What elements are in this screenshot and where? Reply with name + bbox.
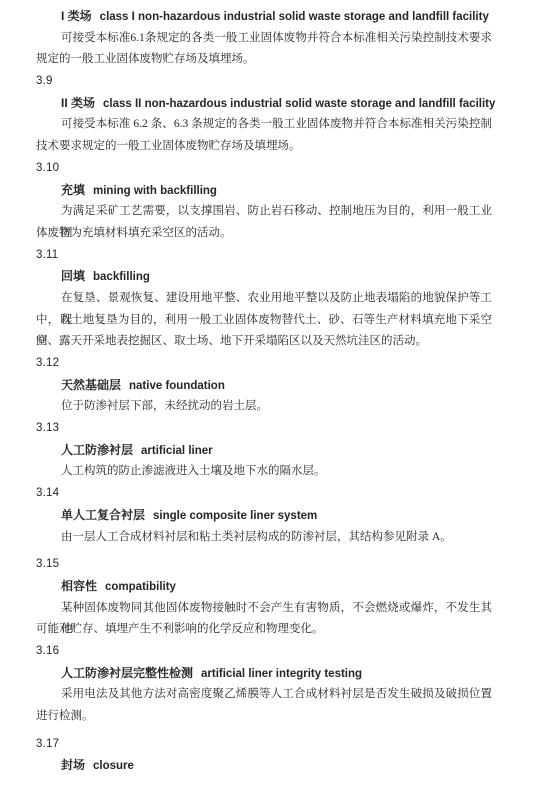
body-text-line: 进行检测。 — [36, 706, 492, 728]
document-content: I 类场class I non-hazardous industrial sol… — [36, 6, 492, 777]
section-number: 3.13 — [36, 418, 492, 440]
term-zh: 封场 — [61, 758, 85, 772]
body-text-line: 可能对贮存、填埋产生不利影响的化学反应和物理变化。 — [36, 619, 492, 641]
term-en: artificial liner — [141, 445, 213, 457]
term-heading: 回填backfilling — [36, 266, 492, 288]
body-text-line: 可接受本标准6.1条规定的各类一般工业固体废物并符合本标准相关污染控制技术要求 — [36, 28, 492, 50]
document-page: I 类场class I non-hazardous industrial sol… — [0, 0, 533, 790]
body-text-line: 技术要求规定的一般工业固体废物贮存场及填埋场。 — [36, 136, 492, 158]
term-en: backfilling — [93, 271, 150, 283]
body-text-line: 为满足采矿工艺需要，以支撑围岩、防止岩石移动、控制地压为目的，利用一般工业固 — [36, 201, 492, 223]
term-heading: 相容性compatibility — [36, 576, 492, 598]
term-zh: I 类场 — [61, 9, 92, 23]
body-text-line: 在复垦、景观恢复、建设用地平整、农业用地平整以及防止地表塌陷的地貌保护等工程 — [36, 288, 492, 310]
term-en: single composite liner system — [153, 510, 317, 522]
body-text-line: 由一层人工合成材料衬层和粘土类衬层构成的防渗衬层，其结构参见附录 A。 — [36, 527, 492, 549]
term-en: compatibility — [105, 581, 176, 593]
body-text-line: 某种固体废物同其他固体废物接触时不会产生有害物质，不会燃烧或爆炸，不发生其他 — [36, 598, 492, 620]
body-text-line: 间、露天开采地表挖掘区、取土场、地下开采塌陷区以及天然坑洼区的活动。 — [36, 331, 492, 353]
term-en: mining with backfilling — [93, 185, 217, 197]
term-en: class II non-hazardous industrial solid … — [103, 98, 495, 110]
term-zh: 回填 — [61, 269, 85, 283]
section-number: 3.16 — [36, 641, 492, 663]
body-text-line: 人工构筑的防止渗滤液进入土壤及地下水的隔水层。 — [36, 461, 492, 483]
term-en: class I non-hazardous industrial solid w… — [100, 11, 489, 23]
term-heading: 天然基础层native foundation — [36, 375, 492, 397]
term-en: artificial liner integrity testing — [201, 668, 362, 680]
term-zh: 天然基础层 — [61, 378, 121, 392]
section-number: 3.17 — [36, 734, 492, 756]
body-text-line: 体废物为充填材料填充采空区的活动。 — [36, 223, 492, 245]
term-heading: 人工防渗衬层artificial liner — [36, 440, 492, 462]
body-text-line: 位于防渗衬层下部，未经扰动的岩土层。 — [36, 396, 492, 418]
section-number: 3.14 — [36, 483, 492, 505]
section-number: 3.11 — [36, 245, 492, 267]
section-number: 3.9 — [36, 71, 492, 93]
term-zh: 充填 — [61, 183, 85, 197]
body-text-line: 中，以土地复垦为目的，利用一般工业固体废物替代土、砂、石等生产材料填充地下采空空 — [36, 310, 492, 332]
term-zh: 相容性 — [61, 579, 97, 593]
term-zh: II 类场 — [61, 96, 95, 110]
term-heading: II 类场class II non-hazardous industrial s… — [36, 93, 492, 115]
term-heading: I 类场class I non-hazardous industrial sol… — [36, 6, 492, 28]
section-number: 3.15 — [36, 554, 492, 576]
term-en: native foundation — [129, 380, 225, 392]
term-zh: 人工防渗衬层完整性检测 — [61, 666, 193, 680]
section-number: 3.10 — [36, 158, 492, 180]
term-heading: 充填mining with backfilling — [36, 180, 492, 202]
term-heading: 人工防渗衬层完整性检测artificial liner integrity te… — [36, 663, 492, 685]
body-text-line: 可接受本标准 6.2 条、6.3 条规定的各类一般工业固体废物并符合本标准相关污… — [36, 114, 492, 136]
term-heading: 封场closure — [36, 755, 492, 777]
term-zh: 单人工复合衬层 — [61, 508, 145, 522]
term-en: closure — [93, 760, 134, 772]
body-text-line: 采用电法及其他方法对高密度聚乙烯膜等人工合成材料衬层是否发生破损及破损位置 — [36, 684, 492, 706]
body-text-line: 规定的一般工业固体废物贮存场及填埋场。 — [36, 49, 492, 71]
term-heading: 单人工复合衬层single composite liner system — [36, 505, 492, 527]
section-number: 3.12 — [36, 353, 492, 375]
term-zh: 人工防渗衬层 — [61, 443, 133, 457]
